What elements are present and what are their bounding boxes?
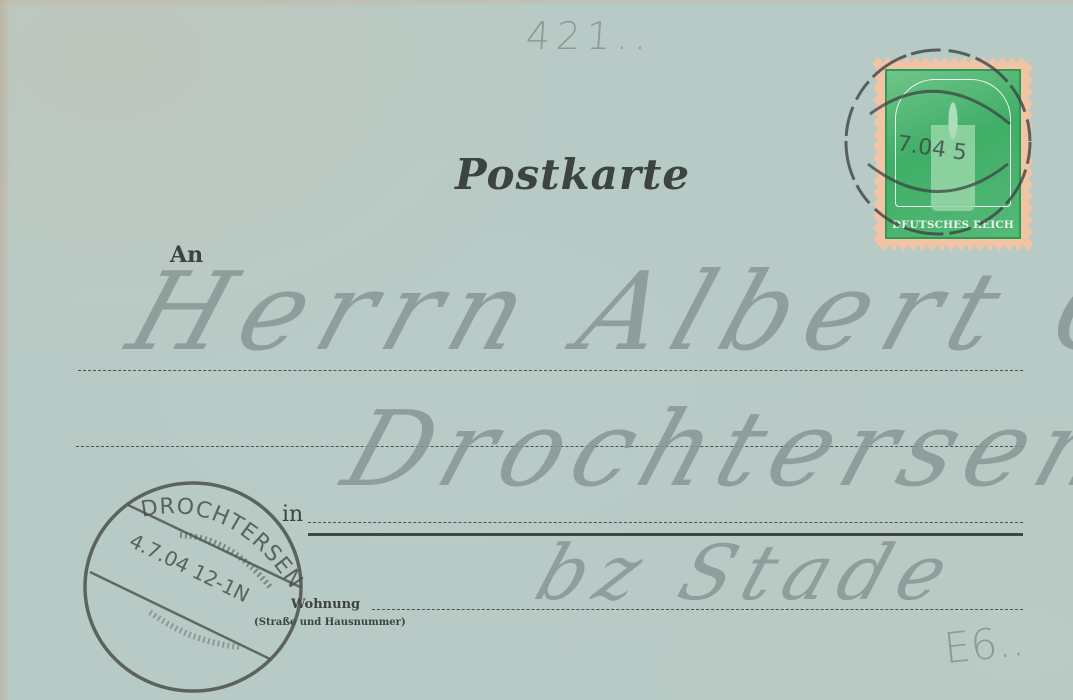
pencil-note-bottom: E6.. <box>942 616 1027 673</box>
address-line-3 <box>308 522 1023 523</box>
cancellation-postmark-icon: 7.04 5 <box>840 44 1036 240</box>
postcard-title: Postkarte <box>455 150 690 199</box>
svg-text:4.7.04 12-1N: 4.7.04 12-1N <box>126 528 254 607</box>
paper-edge-top <box>0 0 1073 6</box>
drochtersen-postmark-icon: DROCHTERSEN 4.7.04 12-1N <box>80 477 312 697</box>
handwritten-recipient-name: Herrn Albert Griese <box>115 250 1073 375</box>
svg-text:7.04 5: 7.04 5 <box>896 131 969 165</box>
handwritten-town: Drochtersen <box>330 388 1073 510</box>
handwritten-district: bz Stade <box>526 528 969 617</box>
pencil-note-top: 421.. <box>524 14 654 58</box>
paper-edge-left <box>0 0 10 700</box>
postcard: 421.. E6.. Postkarte An in Wohnung (Stra… <box>0 0 1073 700</box>
